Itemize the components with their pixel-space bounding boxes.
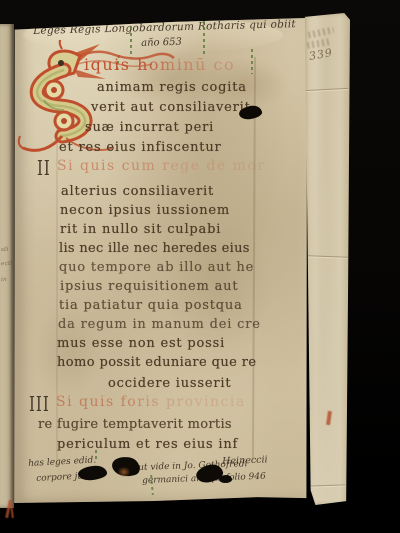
initial-ring-dot	[51, 87, 57, 93]
ink-blot	[219, 475, 232, 483]
crease	[305, 88, 348, 91]
footer-annotation: Heineccii	[222, 454, 268, 467]
initial-eye	[58, 60, 64, 66]
text-line: mus esse non est possi	[57, 336, 225, 351]
rubric-law2: Si quis cum rege de mor	[57, 158, 265, 174]
text-line: tia patiatur quia postqua	[59, 298, 243, 313]
rubric-law3: Si quis foris provincia	[56, 394, 246, 410]
text-line: animam regis cogita	[97, 80, 247, 95]
ink-blot	[77, 465, 107, 481]
law-numeral: II	[37, 156, 51, 180]
shelfmark-number: 339	[308, 46, 334, 63]
law-numeral: III	[29, 392, 50, 416]
green-mark	[251, 49, 253, 74]
red-pen-trial	[10, 504, 14, 518]
text-line: quo tempore ab illo aut he	[59, 260, 254, 275]
text-line: verit aut consiliaverit	[91, 100, 251, 115]
initial-ring-dot	[61, 118, 67, 124]
text-line: lis nec ille nec heredes eius	[59, 241, 250, 256]
text-line: et res eius infiscentur	[59, 140, 222, 155]
text-line: homo possit eduniare que re	[57, 355, 256, 370]
text-line: da regum in manum dei cre	[58, 317, 261, 332]
text-line: suæ incurrat peri	[85, 120, 214, 135]
text-line: alterius consiliaverit	[61, 184, 214, 199]
text-line: re fugire temptaverit mortis	[38, 417, 232, 432]
underlying-page-edge: sti ecti in	[0, 24, 14, 508]
rubric-law1: iquis hominū co	[84, 55, 235, 74]
text-line: periculum et res eius inf	[57, 437, 238, 452]
parchment-guard-strip: 339 m c z	[302, 13, 350, 505]
showthrough-text: sti	[1, 246, 9, 253]
faint-scribble	[308, 26, 335, 38]
crease	[307, 484, 345, 486]
text-line: occidere iusserit	[108, 376, 231, 391]
showthrough-text: ecti	[1, 260, 12, 267]
showthrough-text: in	[1, 276, 7, 283]
text-line: ipsius requisitionem aut	[60, 279, 238, 294]
initial-horn	[60, 40, 63, 49]
text-line: necon ipsius iussionem	[60, 203, 230, 218]
red-ink-speck	[326, 411, 332, 425]
header-annotation: Leges Regis Longobardorum Rotharis qui o…	[33, 18, 296, 37]
manuscript-page: Leges Regis Longobardorum Rotharis qui o…	[13, 17, 307, 503]
text-line: rit in nullo sit culpabi	[60, 222, 221, 237]
green-mark	[203, 21, 205, 56]
manuscript-photo: sti ecti in Leges Regis Longobardorum Ro…	[0, 0, 400, 533]
ink-blot	[111, 455, 142, 479]
crease	[308, 255, 348, 257]
